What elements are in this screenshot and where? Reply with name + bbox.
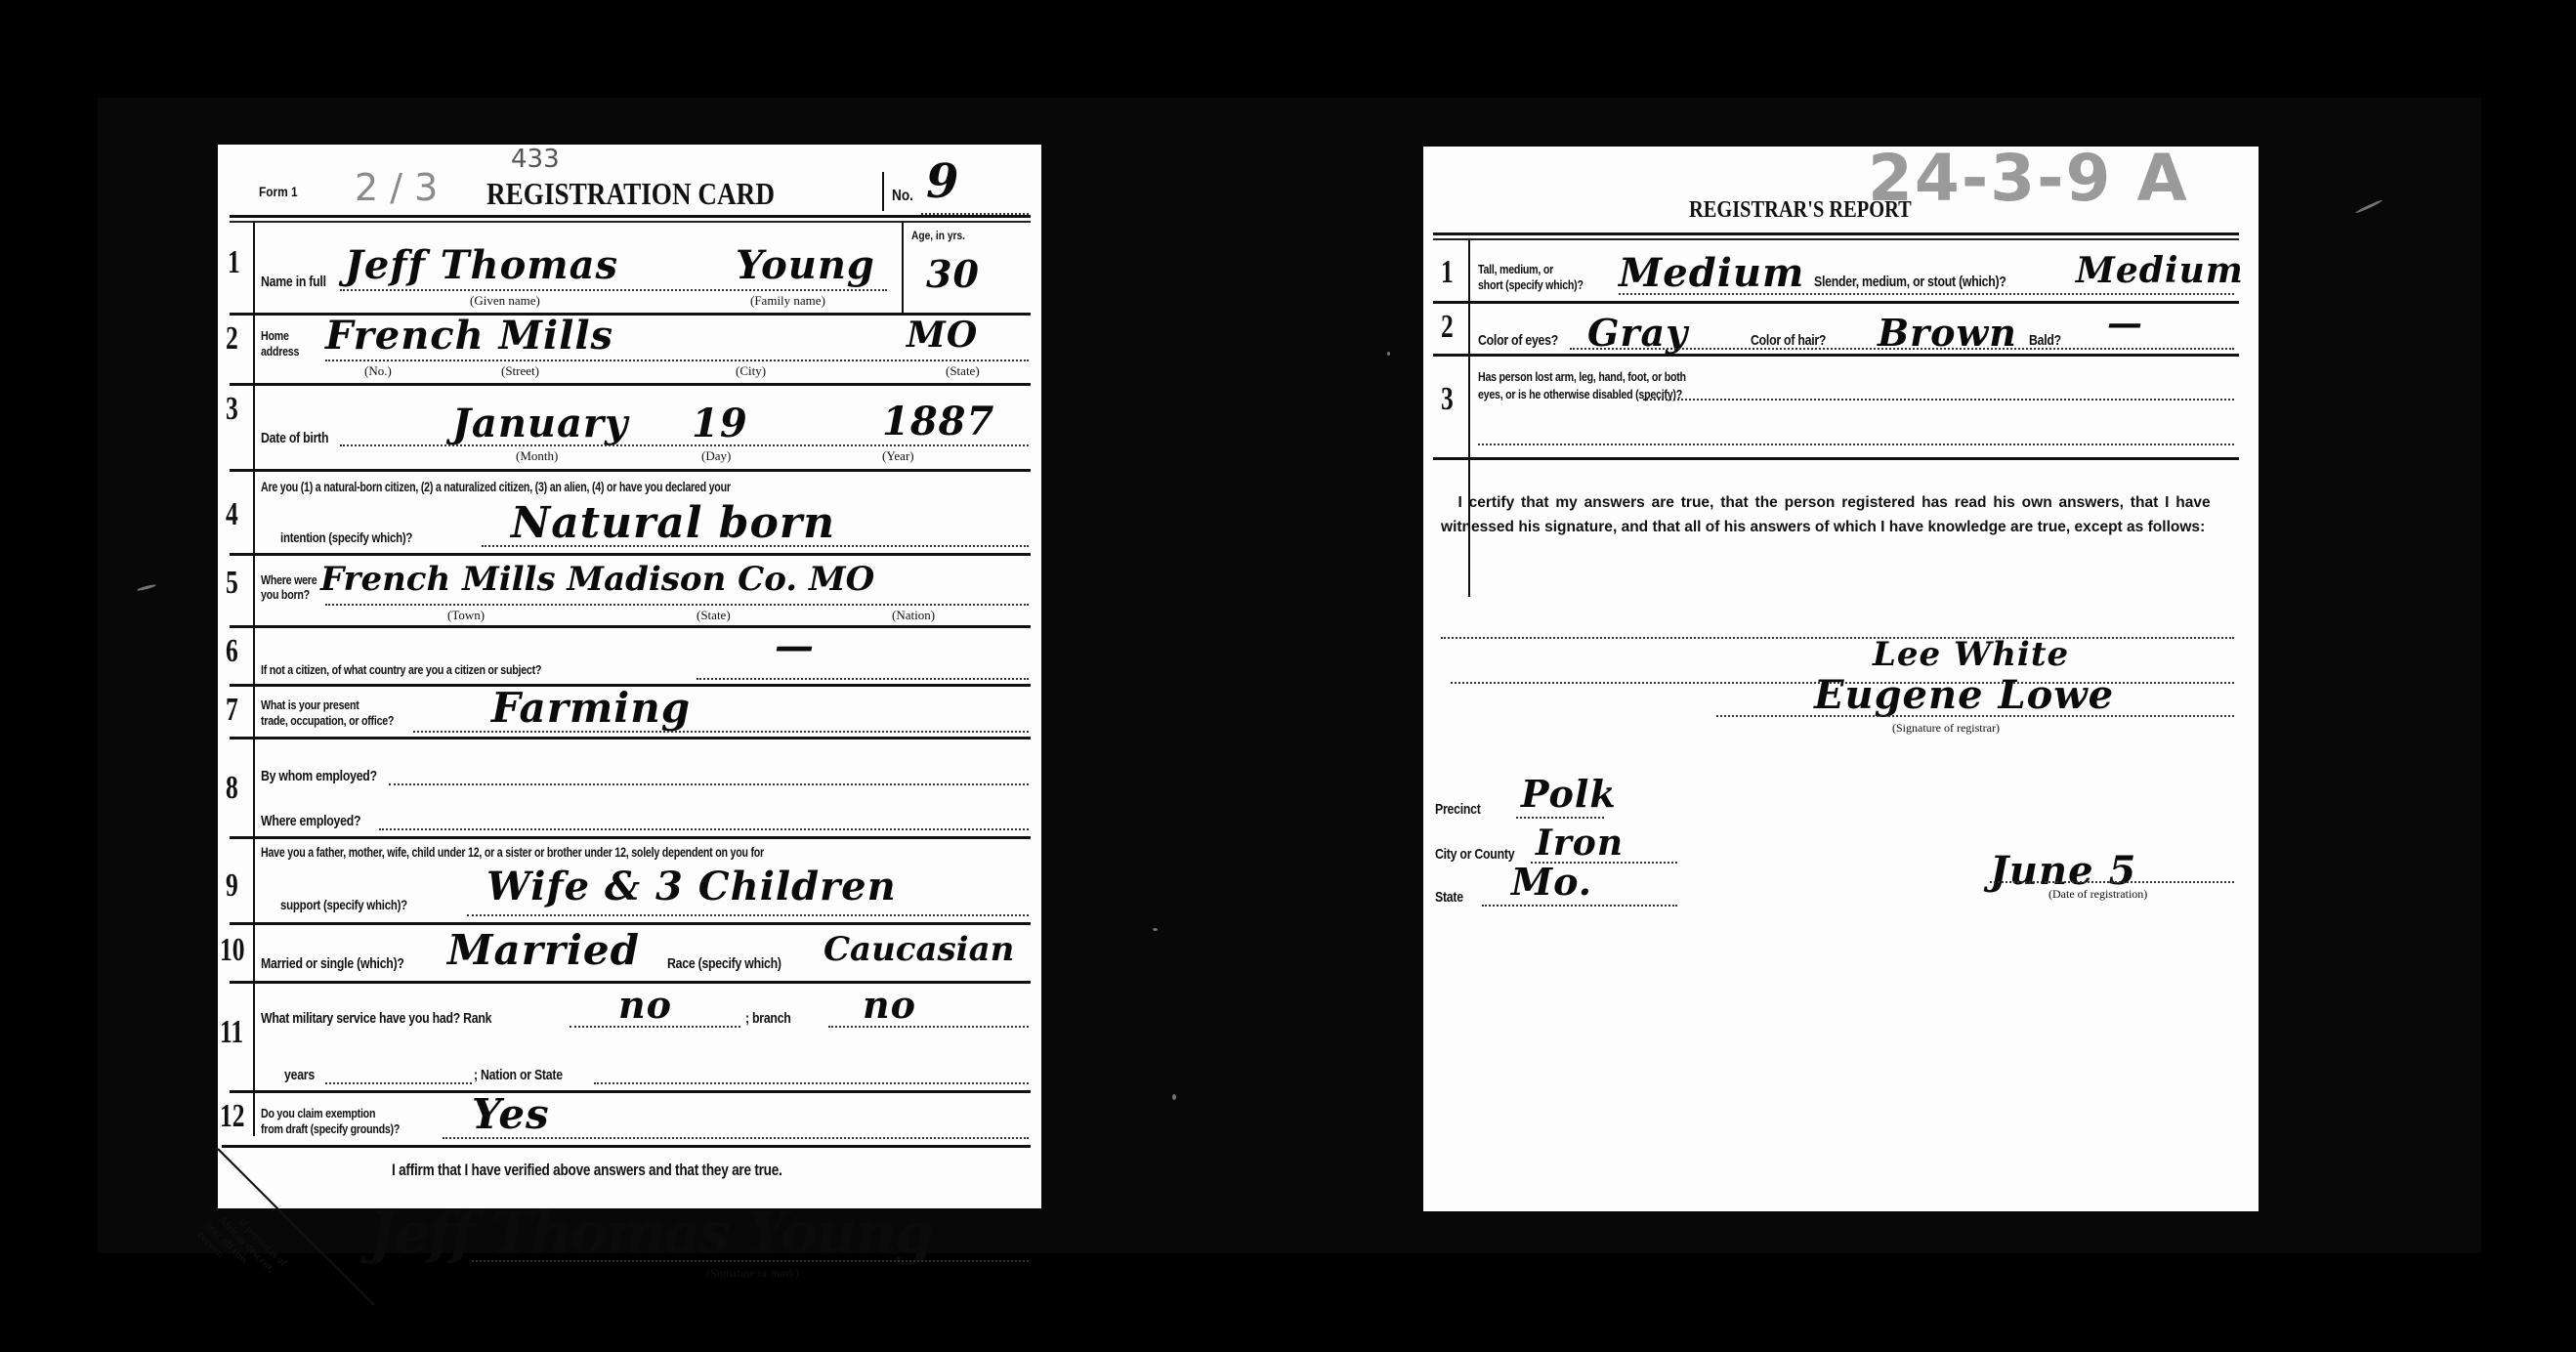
row-number: 1 [228,244,240,281]
exemption-label-2: from draft (specify grounds)? [261,1121,400,1136]
height-label-2: short (specify which)? [1478,277,1584,292]
family-name-value: Young [736,242,875,288]
row-number: 2 [1441,309,1454,346]
birthplace-value: French Mills Madison Co. MO [320,560,874,599]
row-number: 6 [226,633,238,670]
exemption-value: Yes [472,1090,550,1138]
home-state-value: MO [907,315,978,356]
caption-month: (Month) [516,448,558,464]
caption-state: (State) [946,363,980,379]
pencil-number: 2 / 3 [355,166,438,209]
military-nation-label: ; Nation or State [474,1067,563,1083]
citizenship-label: intention (specify which)? [280,529,412,545]
caption-year: (Year) [882,448,914,464]
citizenship-value: Natural born [511,498,835,548]
card-number-value: 9 [926,154,959,209]
file-stamp: 24-3-9 A [1868,141,2189,216]
military-branch-value: no [863,983,916,1027]
age-value: 30 [926,252,980,296]
row-number: 7 [226,692,238,729]
birthplace-label-2: you born? [261,587,310,602]
registrars-report-card: 24-3-9 A REGISTRAR'S REPORT 1 Tall, medi… [1423,147,2259,1211]
caption-city: (City) [736,363,766,379]
dependents-question: Have you a father, mother, wife, child u… [261,844,764,860]
registrant-signature: Jeff Thomas Young [369,1200,932,1266]
form-label: Form 1 [259,184,298,199]
given-name-value: Jeff Thomas [345,242,618,288]
hair-color-label: Color of hair? [1751,332,1826,349]
marital-value: Married [447,926,640,974]
height-value: Medium [1619,250,1804,296]
row-number: 9 [226,867,238,905]
disability-label-1: Has person lost arm, leg, hand, foot, or… [1478,369,1686,384]
age-label: Age, in yrs. [911,229,965,242]
home-label-1: Home [261,328,289,343]
dob-month-value: January [452,401,628,446]
eye-color-label: Color of eyes? [1478,332,1558,349]
state-value: Mo. [1511,860,1592,904]
dependents-value: Wife & 3 Children [486,864,897,909]
bald-label: Bald? [2029,332,2061,349]
caption-state: (State) [697,608,731,623]
precinct-value: Polk [1521,772,1617,816]
dob-label: Date of birth [261,430,328,446]
county-label: City or County [1435,846,1514,863]
state-label: State [1435,889,1463,906]
row-number: 11 [220,1014,243,1051]
height-label-1: Tall, medium, or [1478,262,1553,276]
given-name-caption: (Given name) [470,293,540,309]
row-number: 3 [1441,381,1454,418]
row-number: 1 [1441,254,1454,291]
race-label: Race (specify which) [667,955,781,972]
row-number: 5 [226,565,238,602]
dob-day-value: 19 [692,401,748,446]
caption-day: (Day) [701,448,731,464]
occupation-label-2: trade, occupation, or office? [261,713,394,728]
card-title: REGISTRATION CARD [486,176,775,212]
foreign-citizen-label: If not a citizen, of what country are yo… [261,662,541,677]
build-value: Medium [2076,250,2244,291]
work-location-label: Where employed? [261,813,360,829]
registration-date-caption: (Date of registration) [2048,887,2147,902]
employer-label: By whom employed? [261,768,377,784]
precinct-label: Precinct [1435,801,1481,818]
occupation-label-1: What is your present [261,697,359,712]
caption-town: (Town) [447,608,485,623]
pencil-number-top: 433 [511,145,560,174]
military-label: What military service have you had? Rank [261,1010,491,1027]
row-number: 10 [220,932,245,969]
county-value: Iron [1536,823,1624,864]
registrar-signature-2: Eugene Lowe [1814,672,2114,718]
affirmation-text: I affirm that I have verified above answ… [392,1161,782,1180]
exemption-label-1: Do you claim exemption [261,1106,375,1120]
military-years-label: years [284,1067,315,1083]
caption-street: (Street) [501,363,539,379]
signature-caption: (Signature or mark) [706,1266,799,1281]
race-value: Caucasian [823,930,1014,969]
home-street-value: French Mills [325,313,613,359]
row-number: 4 [226,496,238,533]
caption-no: (No.) [364,363,392,379]
report-title: REGISTRAR'S REPORT [1689,197,1912,224]
military-branch-label: ; branch [745,1010,791,1027]
row-number: 3 [226,391,238,428]
birthplace-label-1: Where were [261,572,317,587]
foreign-citizen-value: — [775,623,815,669]
row-number: 8 [226,770,238,807]
registrar-signature-1: Lee White [1873,635,2069,674]
bald-value: — [2107,303,2143,344]
registrar-caption: (Signature of registrar) [1892,721,2000,736]
build-label: Slender, medium, or stout (which)? [1814,274,2006,290]
military-rank-value: no [618,983,672,1027]
home-label-2: address [261,344,299,359]
row-number: 2 [226,320,238,358]
card-number-label: No. [892,188,913,205]
dob-year-value: 1887 [882,399,994,444]
occupation-value: Farming [491,684,691,732]
caption-nation: (Nation) [892,608,935,623]
marital-label: Married or single (which)? [261,955,404,972]
dependents-label: support (specify which)? [280,897,407,912]
registration-card: Form 1 2 / 3 433 REGISTRATION CARD No. 9… [218,145,1041,1208]
name-label: Name in full [261,274,326,290]
citizenship-question: Are you (1) a natural-born citizen, (2) … [261,479,731,494]
row-number: 12 [220,1098,245,1135]
certification-text: I certify that my answers are true, that… [1441,490,2211,539]
family-name-caption: (Family name) [750,293,825,309]
